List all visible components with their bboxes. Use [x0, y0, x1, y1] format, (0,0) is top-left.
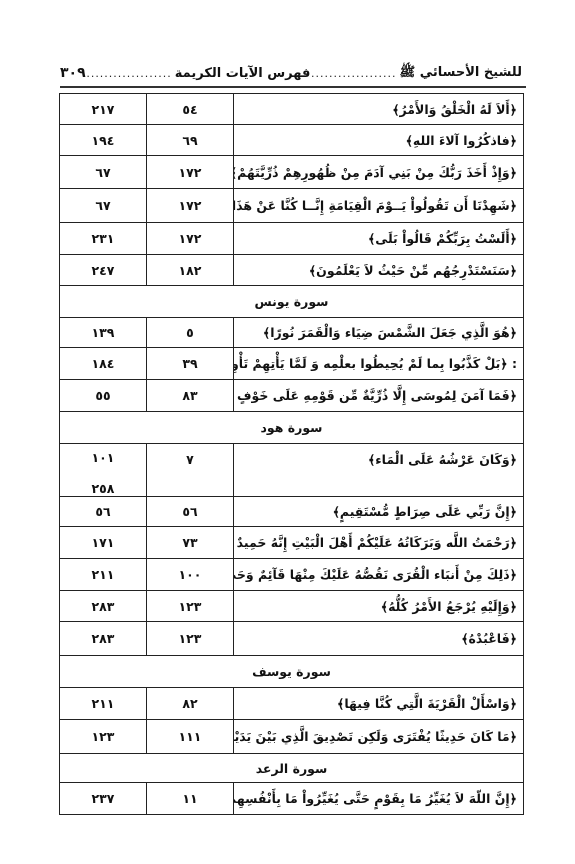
page-ref: ٢٨٣: [60, 622, 147, 656]
verse-row: ﴿وَإِذْ أَخَذَ رَبُّكَ مِنْ بَنِي آدَمَ …: [60, 156, 524, 189]
running-header: للشيخ الأحسائي ﷺ .......................…: [60, 62, 522, 84]
header-dots: ..............................: [86, 67, 175, 80]
verse-text: ﴿مَا كَانَ حَدِيثًا يُفْتَرَى وَلَكِن تَ…: [234, 720, 524, 754]
surah-name: سورة يونس: [60, 286, 524, 318]
ayah-number: ١١١: [147, 720, 234, 754]
verse-text: ﴿أَلاَ لَهُ الْخَلْقُ وَالأَمْرُ﴾: [234, 94, 524, 125]
surah-name: سورة الرعد: [60, 754, 524, 783]
verse-text: ﴿وَاسْأَلْ الْقَرْيَةَ الَّتِي كُنَّا فِ…: [234, 688, 524, 720]
verse-text: ﴿رَحْمَتُ اللَّه وَبَرَكَاتُهُ عَلَيْكُم…: [234, 527, 524, 559]
surah-name: سورة يوسف: [60, 656, 524, 688]
ayah-number: ١١: [147, 783, 234, 815]
page-ref: ٢١٧: [60, 94, 147, 125]
verse-text: ﴿إِنَّ رَبِّي عَلَى صِرَاطٍ مُّسْتَقِيمٍ…: [234, 497, 524, 527]
header-dots: ..............................: [310, 67, 399, 80]
page-ref-2: ٢٥٨: [66, 481, 140, 496]
page-ref: ١٨٤: [60, 348, 147, 380]
verse-row: ﴿فَمَا آمَنَ لِمُوسَى إِلَّا ذُرِّيَّةٌ …: [60, 380, 524, 412]
verse-row: ﴿وَإِلَيْهِ يُرْجَعُ الأَمْرُ كُلُّهُ﴾١٢…: [60, 591, 524, 622]
ayah-number: ٥٦: [147, 497, 234, 527]
page-ref: ١٧١: [60, 527, 147, 559]
verse-text: ﴿ذَلِكَ مِنْ أَنبَاء الْقُرَى نَقُصُّهُ …: [234, 559, 524, 591]
ayah-number: ١٧٢: [147, 156, 234, 189]
ayah-number: ١٢٣: [147, 591, 234, 622]
page-ref: ١٩٤: [60, 125, 147, 156]
page-ref: ٢١١: [60, 688, 147, 720]
verse-text: ﴿وَإِلَيْهِ يُرْجَعُ الأَمْرُ كُلُّهُ﴾: [234, 591, 524, 622]
verse-text: ﴿سَنَسْتَدْرِجُهُم مِّنْ حَيْثُ لاَ يَعْ…: [234, 255, 524, 286]
verse-text: ﴿إِنَّ اللّهَ لاَ يُغَيِّرُ مَا بِقَوْمٍ…: [234, 783, 524, 815]
verse-text: : ﴿بَلْ كَذَّبُوا بِما لَمْ يُحِيطُوا بع…: [234, 348, 524, 380]
page-ref: ٦٧: [60, 189, 147, 223]
surah-heading-row: سورة الرعد: [60, 754, 524, 783]
page-ref: ٢٤٧: [60, 255, 147, 286]
page-number: ٣٠٩: [60, 65, 86, 81]
header-rule: [60, 86, 526, 88]
verse-row: : ﴿بَلْ كَذَّبُوا بِما لَمْ يُحِيطُوا بع…: [60, 348, 524, 380]
verse-row: ﴿إِنَّ اللّهَ لاَ يُغَيِّرُ مَا بِقَوْمٍ…: [60, 783, 524, 815]
verse-text: ﴿شَهِدْنَا أَن تَقُولُواْ يَــوْمَ الْقِ…: [234, 189, 524, 223]
page-ref: ٢٣١: [60, 223, 147, 255]
verse-row: ﴿هُوَ الَّذِي جَعَلَ الشَّمْسَ ضِيَاء وَ…: [60, 318, 524, 348]
ayah-number: ٧: [147, 444, 234, 497]
verse-text: ﴿أَلَسْتُ بِرَبِّكُمْ قَالُواْ بَلَى﴾: [234, 223, 524, 255]
verse-text: ﴿هُوَ الَّذِي جَعَلَ الشَّمْسَ ضِيَاء وَ…: [234, 318, 524, 348]
ayah-number: ١٧٢: [147, 189, 234, 223]
ayah-number: ١٠٠: [147, 559, 234, 591]
ayah-number: ٨٣: [147, 380, 234, 412]
verse-row: ﴿وَكَانَ عَرْشُهُ عَلَى الْمَاء﴾٧١٠١٢٥٨: [60, 444, 524, 497]
page-ref: ٢٣٧: [60, 783, 147, 815]
ayah-number: ٦٩: [147, 125, 234, 156]
verse-row: ﴿وَاسْأَلْ الْقَرْيَةَ الَّتِي كُنَّا فِ…: [60, 688, 524, 720]
page-ref: ٢١١: [60, 559, 147, 591]
surah-name: سورة هود: [60, 412, 524, 444]
ayah-number: ٣٩: [147, 348, 234, 380]
header-title: فهرس الآيات الكريمة: [175, 66, 311, 81]
verse-row: ﴿سَنَسْتَدْرِجُهُم مِّنْ حَيْثُ لاَ يَعْ…: [60, 255, 524, 286]
verse-text: ﴿فَمَا آمَنَ لِمُوسَى إِلَّا ذُرِّيَّةٌ …: [234, 380, 524, 412]
verse-text: ﴿فَاعْبُدْهُ﴾: [234, 622, 524, 656]
verse-text: ﴿وَإِذْ أَخَذَ رَبُّكَ مِنْ بَنِي آدَمَ …: [234, 156, 524, 189]
verse-row: ﴿إِنَّ رَبِّي عَلَى صِرَاطٍ مُّسْتَقِيمٍ…: [60, 497, 524, 527]
verse-row: ﴿فَاعْبُدْهُ﴾١٢٣٢٨٣: [60, 622, 524, 656]
verse-row: ﴿ذَلِكَ مِنْ أَنبَاء الْقُرَى نَقُصُّهُ …: [60, 559, 524, 591]
page-ref: ٦٧: [60, 156, 147, 189]
verse-row: ﴿فاذكُرُوا آلاءَ اللهِ﴾٦٩١٩٤: [60, 125, 524, 156]
verse-row: ﴿رَحْمَتُ اللَّه وَبَرَكَاتُهُ عَلَيْكُم…: [60, 527, 524, 559]
verse-index-table: ﴿أَلاَ لَهُ الْخَلْقُ وَالأَمْرُ﴾٥٤٢١٧﴿ف…: [59, 93, 524, 815]
verse-row: ﴿شَهِدْنَا أَن تَقُولُواْ يَــوْمَ الْقِ…: [60, 189, 524, 223]
header-author: للشيخ الأحسائي ﷺ: [400, 64, 523, 83]
ayah-number: ١٨٢: [147, 255, 234, 286]
verse-index-body: ﴿أَلاَ لَهُ الْخَلْقُ وَالأَمْرُ﴾٥٤٢١٧﴿ف…: [60, 94, 524, 815]
page-ref: ٢٨٣: [60, 591, 147, 622]
page-ref: ١٠١٢٥٨: [60, 444, 147, 497]
verse-row: ﴿مَا كَانَ حَدِيثًا يُفْتَرَى وَلَكِن تَ…: [60, 720, 524, 754]
ayah-number: ١٢٣: [147, 622, 234, 656]
page-ref: ١٣٩: [60, 318, 147, 348]
ayah-number: ٧٣: [147, 527, 234, 559]
verse-text: ﴿وَكَانَ عَرْشُهُ عَلَى الْمَاء﴾: [234, 444, 524, 497]
surah-heading-row: سورة يونس: [60, 286, 524, 318]
surah-heading-row: سورة هود: [60, 412, 524, 444]
page-ref: ١٢٣: [60, 720, 147, 754]
ayah-number: ٥٤: [147, 94, 234, 125]
verse-row: ﴿أَلاَ لَهُ الْخَلْقُ وَالأَمْرُ﴾٥٤٢١٧: [60, 94, 524, 125]
ayah-number: ٥: [147, 318, 234, 348]
ayah-number: ١٧٢: [147, 223, 234, 255]
page-ref: ٥٦: [60, 497, 147, 527]
page-ref: ٥٥: [60, 380, 147, 412]
surah-heading-row: سورة يوسف: [60, 656, 524, 688]
verse-row: ﴿أَلَسْتُ بِرَبِّكُمْ قَالُواْ بَلَى﴾١٧٢…: [60, 223, 524, 255]
ayah-number: ٨٢: [147, 688, 234, 720]
page-ref-1: ١٠١: [66, 450, 140, 465]
verse-text: ﴿فاذكُرُوا آلاءَ اللهِ﴾: [234, 125, 524, 156]
